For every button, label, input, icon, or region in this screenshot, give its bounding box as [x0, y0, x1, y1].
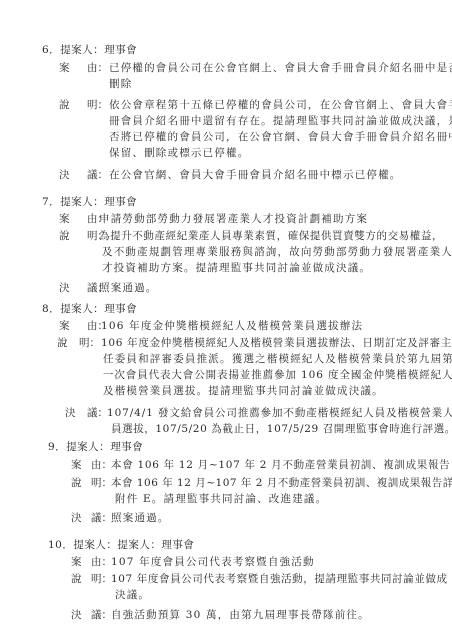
explanation-row: 說明： 本會 106 年 12 月~107 年 2 月不動產營業員初訓、複訓成果…	[71, 475, 452, 507]
reason-row: 案由： 已停權的會員公司在公會官網上、會員大會手冊會員介紹名冊中是否 刪除	[59, 60, 452, 92]
text-line: 依公會章程第十五條已停權的會員公司，在公會官網上、會員大會手	[109, 97, 452, 113]
proposer-label: 提案人：	[60, 44, 104, 56]
resolution-row: 決議： 自強活動預算 30 萬，由第九屆理事長帶隊前往。	[71, 607, 370, 623]
item-number: 10．	[48, 539, 73, 551]
resolution-row: 決議： 在公會官網、會員大會手冊會員介紹名冊中標示已停權。	[59, 167, 402, 183]
explanation-text: 為提升不動產經紀業產人員專業素質，確保提供買賣雙方的交易權益， 及不動產規劃管理…	[99, 228, 452, 276]
text-line: 否將已停權的會員公司，在公會官網、會員大會手冊會員介紹名冊中	[109, 129, 452, 145]
reason-label: 案由：	[59, 60, 109, 92]
label-char: 案	[59, 211, 87, 227]
text-line: 自強活動預算 30 萬，由第九屆理事長帶隊前往。	[111, 607, 370, 623]
label-char: 決	[71, 510, 91, 526]
label-char: 說	[59, 97, 87, 113]
resolution-text: 107/4/1 發文給會員公司推薦參加不動產楷模經紀人員及楷模營業人 員選拔，1…	[107, 405, 452, 437]
label-char: 明：	[87, 97, 108, 113]
document-page: 6．提案人：理事會 案由： 已停權的會員公司在公會官網上、會員大會手冊會員介紹名…	[0, 0, 452, 640]
explanation-text: 依公會章程第十五條已停權的會員公司，在公會官網上、會員大會手 冊會員介紹名冊中還…	[109, 97, 452, 161]
explanation-label: 說明：	[59, 97, 109, 161]
resolution-label: 決議：	[65, 405, 107, 437]
label-char: 案	[59, 60, 87, 76]
text-line: 已停權的會員公司在公會官網上、會員大會手冊會員介紹名冊中是否	[109, 60, 452, 76]
reason-row: 案由： 106 年度金仲獎楷模經紀人及楷模營業員選拔辦法	[59, 318, 363, 334]
text-line: 才投資補助方案。提請理監事共同討論並做成決議。	[99, 260, 452, 276]
label-char: 說	[59, 228, 87, 244]
text-line: 本會 106 年 12 月~107 年 2 月不動產營業員初訓、複訓成果報告詳如	[111, 475, 452, 491]
proposal-heading: 8．提案人：理事會	[42, 301, 137, 317]
proposer-label: 提案人：	[60, 303, 104, 315]
proposer: 理事會	[104, 44, 137, 56]
item-number: 6．	[42, 44, 60, 56]
proposer: 理事會	[110, 441, 143, 453]
explanation-label: 說明：	[71, 475, 111, 507]
reason-label: 案由：	[71, 457, 111, 473]
resolution-label: 決議：	[59, 280, 99, 296]
reason-text: 106 年度金仲獎楷模經紀人及楷模營業員選拔辦法	[101, 318, 363, 334]
reason-label: 案由：	[59, 211, 99, 227]
reason-text: 已停權的會員公司在公會官網上、會員大會手冊會員介紹名冊中是否 刪除	[109, 60, 452, 92]
proposal-heading: 10．提案人：提案人：理事會	[48, 537, 194, 553]
text-line: 為提升不動產經紀業產人員專業素質，確保提供買賣雙方的交易權益，	[99, 228, 452, 244]
text-line: 員選拔，107/5/20 為截止日，107/5/29 召開理監事會時進行評選。	[107, 421, 452, 437]
explanation-text: 107 年度會員公司代表考察暨自強活動，提請理監事共同討論並做成 決議。	[111, 571, 448, 603]
label-char: 案	[59, 318, 87, 334]
resolution-row: 決議： 照案通過。	[59, 280, 158, 296]
label-char: 案	[71, 554, 91, 570]
label-char: 議：	[87, 405, 108, 421]
resolution-text: 在公會官網、會員大會手冊會員介紹名冊中標示已停權。	[109, 167, 402, 183]
reason-text: 107 年度會員公司代表考察暨自強活動	[111, 554, 315, 570]
text-line: 申請勞動部勞動力發展署產業人才投資計劃補助方案	[99, 211, 368, 227]
label-char: 由：	[91, 554, 112, 570]
text-line: 決議。	[111, 587, 448, 603]
label-char: 由：	[87, 60, 108, 76]
label-char: 明：	[79, 335, 100, 351]
explanation-label: 說明：	[57, 335, 101, 399]
explanation-row: 說明： 依公會章程第十五條已停權的會員公司，在公會官網上、會員大會手 冊會員介紹…	[59, 97, 452, 161]
label-char: 決	[59, 167, 87, 183]
proposer-label: 提案人：	[66, 441, 110, 453]
resolution-label: 決議：	[59, 167, 109, 183]
label-char: 議：	[91, 510, 112, 526]
proposal-heading: 6．提案人：理事會	[42, 42, 137, 58]
text-line: 任委員和評審委員推派。獲選之楷模經紀人及楷模營業員於第九屆第	[101, 351, 452, 367]
reason-row: 案由： 申請勞動部勞動力發展署產業人才投資計劃補助方案	[59, 211, 368, 227]
label-char: 決	[71, 607, 91, 623]
proposal-heading: 9．提案人：理事會	[48, 439, 143, 455]
reason-row: 案由： 107 年度會員公司代表考察暨自強活動	[71, 554, 315, 570]
text-line: 106 年度金仲獎楷模經紀人及楷模營業員選拔辦法	[101, 318, 363, 334]
label-char: 議：	[87, 167, 108, 183]
item-number: 7．	[42, 196, 60, 208]
item-number: 8．	[42, 303, 60, 315]
proposal-heading: 7．提案人：理事會	[42, 194, 137, 210]
resolution-text: 照案通過。	[111, 510, 170, 526]
label-char: 說	[71, 571, 91, 587]
item-number: 9．	[48, 441, 66, 453]
label-char: 議：	[91, 607, 112, 623]
proposer: 理事會	[104, 303, 137, 315]
label-char: 案	[71, 457, 91, 473]
resolution-label: 決議：	[71, 607, 111, 623]
explanation-label: 說明：	[71, 571, 111, 603]
explanation-text: 本會 106 年 12 月~107 年 2 月不動產營業員初訓、複訓成果報告詳如…	[111, 475, 452, 507]
reason-text: 申請勞動部勞動力發展署產業人才投資計劃補助方案	[99, 211, 368, 227]
label-char: 明：	[91, 475, 112, 491]
reason-label: 案由：	[59, 318, 101, 334]
proposer: 理事會	[104, 196, 137, 208]
resolution-text: 自強活動預算 30 萬，由第九屆理事長帶隊前往。	[111, 607, 370, 623]
reason-row: 案由： 本會 106 年 12 月~107 年 2 月不動產營業員初訓、複訓成果…	[71, 457, 450, 473]
text-line: 本會 106 年 12 月~107 年 2 月不動產營業員初訓、複訓成果報告	[111, 457, 450, 473]
text-line: 107 年度會員公司代表考察暨自強活動	[111, 554, 315, 570]
explanation-row: 說明： 為提升不動產經紀業產人員專業素質，確保提供買賣雙方的交易權益， 及不動產…	[59, 228, 452, 276]
reason-text: 本會 106 年 12 月~107 年 2 月不動產營業員初訓、複訓成果報告	[111, 457, 450, 473]
text-line: 保留、刪除或標示已停權。	[109, 145, 452, 161]
text-line: 107/4/1 發文給會員公司推薦參加不動產楷模經紀人員及楷模營業人	[107, 405, 452, 421]
resolution-text: 照案通過。	[99, 280, 158, 296]
resolution-row: 決議： 照案通過。	[71, 510, 170, 526]
resolution-label: 決議：	[71, 510, 111, 526]
reason-label: 案由：	[71, 554, 111, 570]
text-line: 一次會員代表大會公開表揚並推薦參加 106 度全國金仲獎楷模經紀人	[101, 367, 452, 383]
label-char: 由：	[91, 457, 112, 473]
text-line: 附件 E。請理監事共同討論、改進建議。	[111, 491, 452, 507]
proposer-label: 提案人：	[60, 196, 104, 208]
text-line: 照案通過。	[99, 280, 158, 296]
label-char: 說	[71, 475, 91, 491]
explanation-label: 說明：	[59, 228, 99, 276]
label-char: 決	[59, 280, 87, 296]
explanation-text: 106 年度金仲獎楷模經紀人及楷模營業員選拔辦法、日期訂定及評審主 任委員和評審…	[101, 335, 452, 399]
text-line: 在公會官網、會員大會手冊會員介紹名冊中標示已停權。	[109, 167, 402, 183]
text-line: 冊會員介紹名冊中還留有存在。提請理監事共同討論並做成決議，是	[109, 113, 452, 129]
proposer: 提案人：理事會	[117, 539, 194, 551]
text-line: 107 年度會員公司代表考察暨自強活動，提請理監事共同討論並做成	[111, 571, 448, 587]
text-line: 106 年度金仲獎楷模經紀人及楷模營業員選拔辦法、日期訂定及評審主	[101, 335, 452, 351]
label-char: 說	[57, 335, 79, 351]
text-line: 刪除	[109, 76, 452, 92]
text-line: 照案通過。	[111, 510, 170, 526]
text-line: 及楷模營業員選拔。提請理監事共同討論並做成決議。	[101, 383, 452, 399]
label-char: 明：	[91, 571, 112, 587]
proposer-label: 提案人：	[73, 539, 117, 551]
resolution-row: 決議： 107/4/1 發文給會員公司推薦參加不動產楷模經紀人員及楷模營業人 員…	[65, 405, 452, 437]
text-line: 及不動產規劃管理專業服務與諮詢，故向勞動部勞動力發展署產業人	[99, 244, 452, 260]
label-char: 決	[65, 405, 87, 421]
explanation-row: 說明： 106 年度金仲獎楷模經紀人及楷模營業員選拔辦法、日期訂定及評審主 任委…	[57, 335, 452, 399]
explanation-row: 說明： 107 年度會員公司代表考察暨自強活動，提請理監事共同討論並做成 決議。	[71, 571, 448, 603]
